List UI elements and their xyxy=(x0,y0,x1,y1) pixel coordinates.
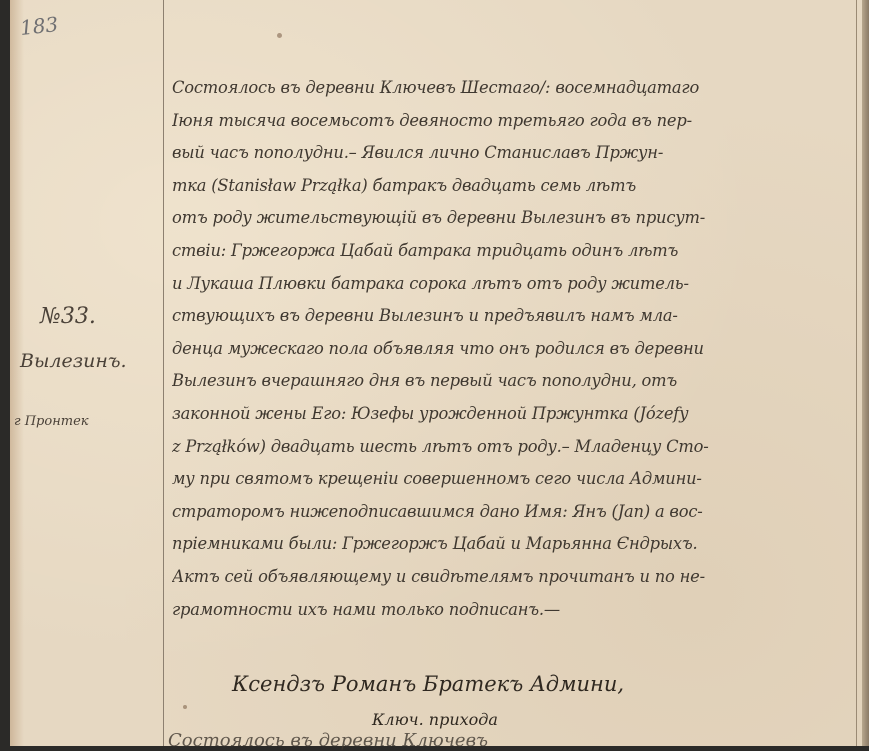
body-line: страторомъ нижеподписавшимся дано Имя: Я… xyxy=(172,496,852,529)
body-line: тка (Stanisław Prząłka) батракъ двадцать… xyxy=(172,170,852,203)
body-line: законной жены Его: Юзефы урожденной Пржу… xyxy=(172,398,852,431)
page-number: 183 xyxy=(19,12,59,40)
body-line: ствіи: Гржегоржа Цабай батрака тридцать … xyxy=(172,235,852,268)
right-rule-line xyxy=(856,0,857,746)
body-line: Состоялось въ деревни Ключевъ Шестаго/: … xyxy=(172,72,852,105)
village-name: Вылезинъ. xyxy=(20,350,127,372)
next-entry-cutoff: Состоялось въ деревни Ключевъ xyxy=(168,730,488,746)
parish-signature: Ключ. прихода xyxy=(372,710,498,729)
body-line: денца мужескаго пола объявляя что онъ ро… xyxy=(172,333,852,366)
priest-signature: Ксендзъ Романъ Братекъ Админи, xyxy=(232,672,624,696)
margin-rule-line xyxy=(163,0,164,746)
body-line: Актъ сей объявляющему и свидѣтелямъ проч… xyxy=(172,561,852,594)
body-line: ствующихъ въ деревни Вылезинъ и предъяви… xyxy=(172,300,852,333)
body-line: отъ роду жительствующій въ деревни Вылез… xyxy=(172,202,852,235)
body-line: му при святомъ крещеніи совершенномъ сег… xyxy=(172,463,852,496)
margin-annotation: г Пронтек xyxy=(14,414,89,429)
ink-spot xyxy=(183,705,187,709)
body-line: z Prząłków) двадцать шесть лѣтъ отъ роду… xyxy=(172,431,852,464)
record-number: №33. xyxy=(40,304,96,329)
ink-spot xyxy=(277,33,282,38)
body-line: Іюня тысяча восемьсотъ девяносто третьяг… xyxy=(172,105,852,138)
page-edge-stain xyxy=(10,0,24,746)
body-line: Вылезинъ вчерашняго дня въ первый часъ п… xyxy=(172,365,852,398)
body-line: пріемниками были: Гржегоржъ Цабай и Марь… xyxy=(172,528,852,561)
body-line: грамотности ихъ нами только подписанъ.— xyxy=(172,594,852,627)
book-binding xyxy=(862,0,869,746)
record-body: Состоялось въ деревни Ключевъ Шестаго/: … xyxy=(172,72,852,626)
body-line: вый часъ пополудни.– Явился лично Станис… xyxy=(172,137,852,170)
body-line: и Лукаша Плювки батрака сорока лѣтъ отъ … xyxy=(172,268,852,301)
